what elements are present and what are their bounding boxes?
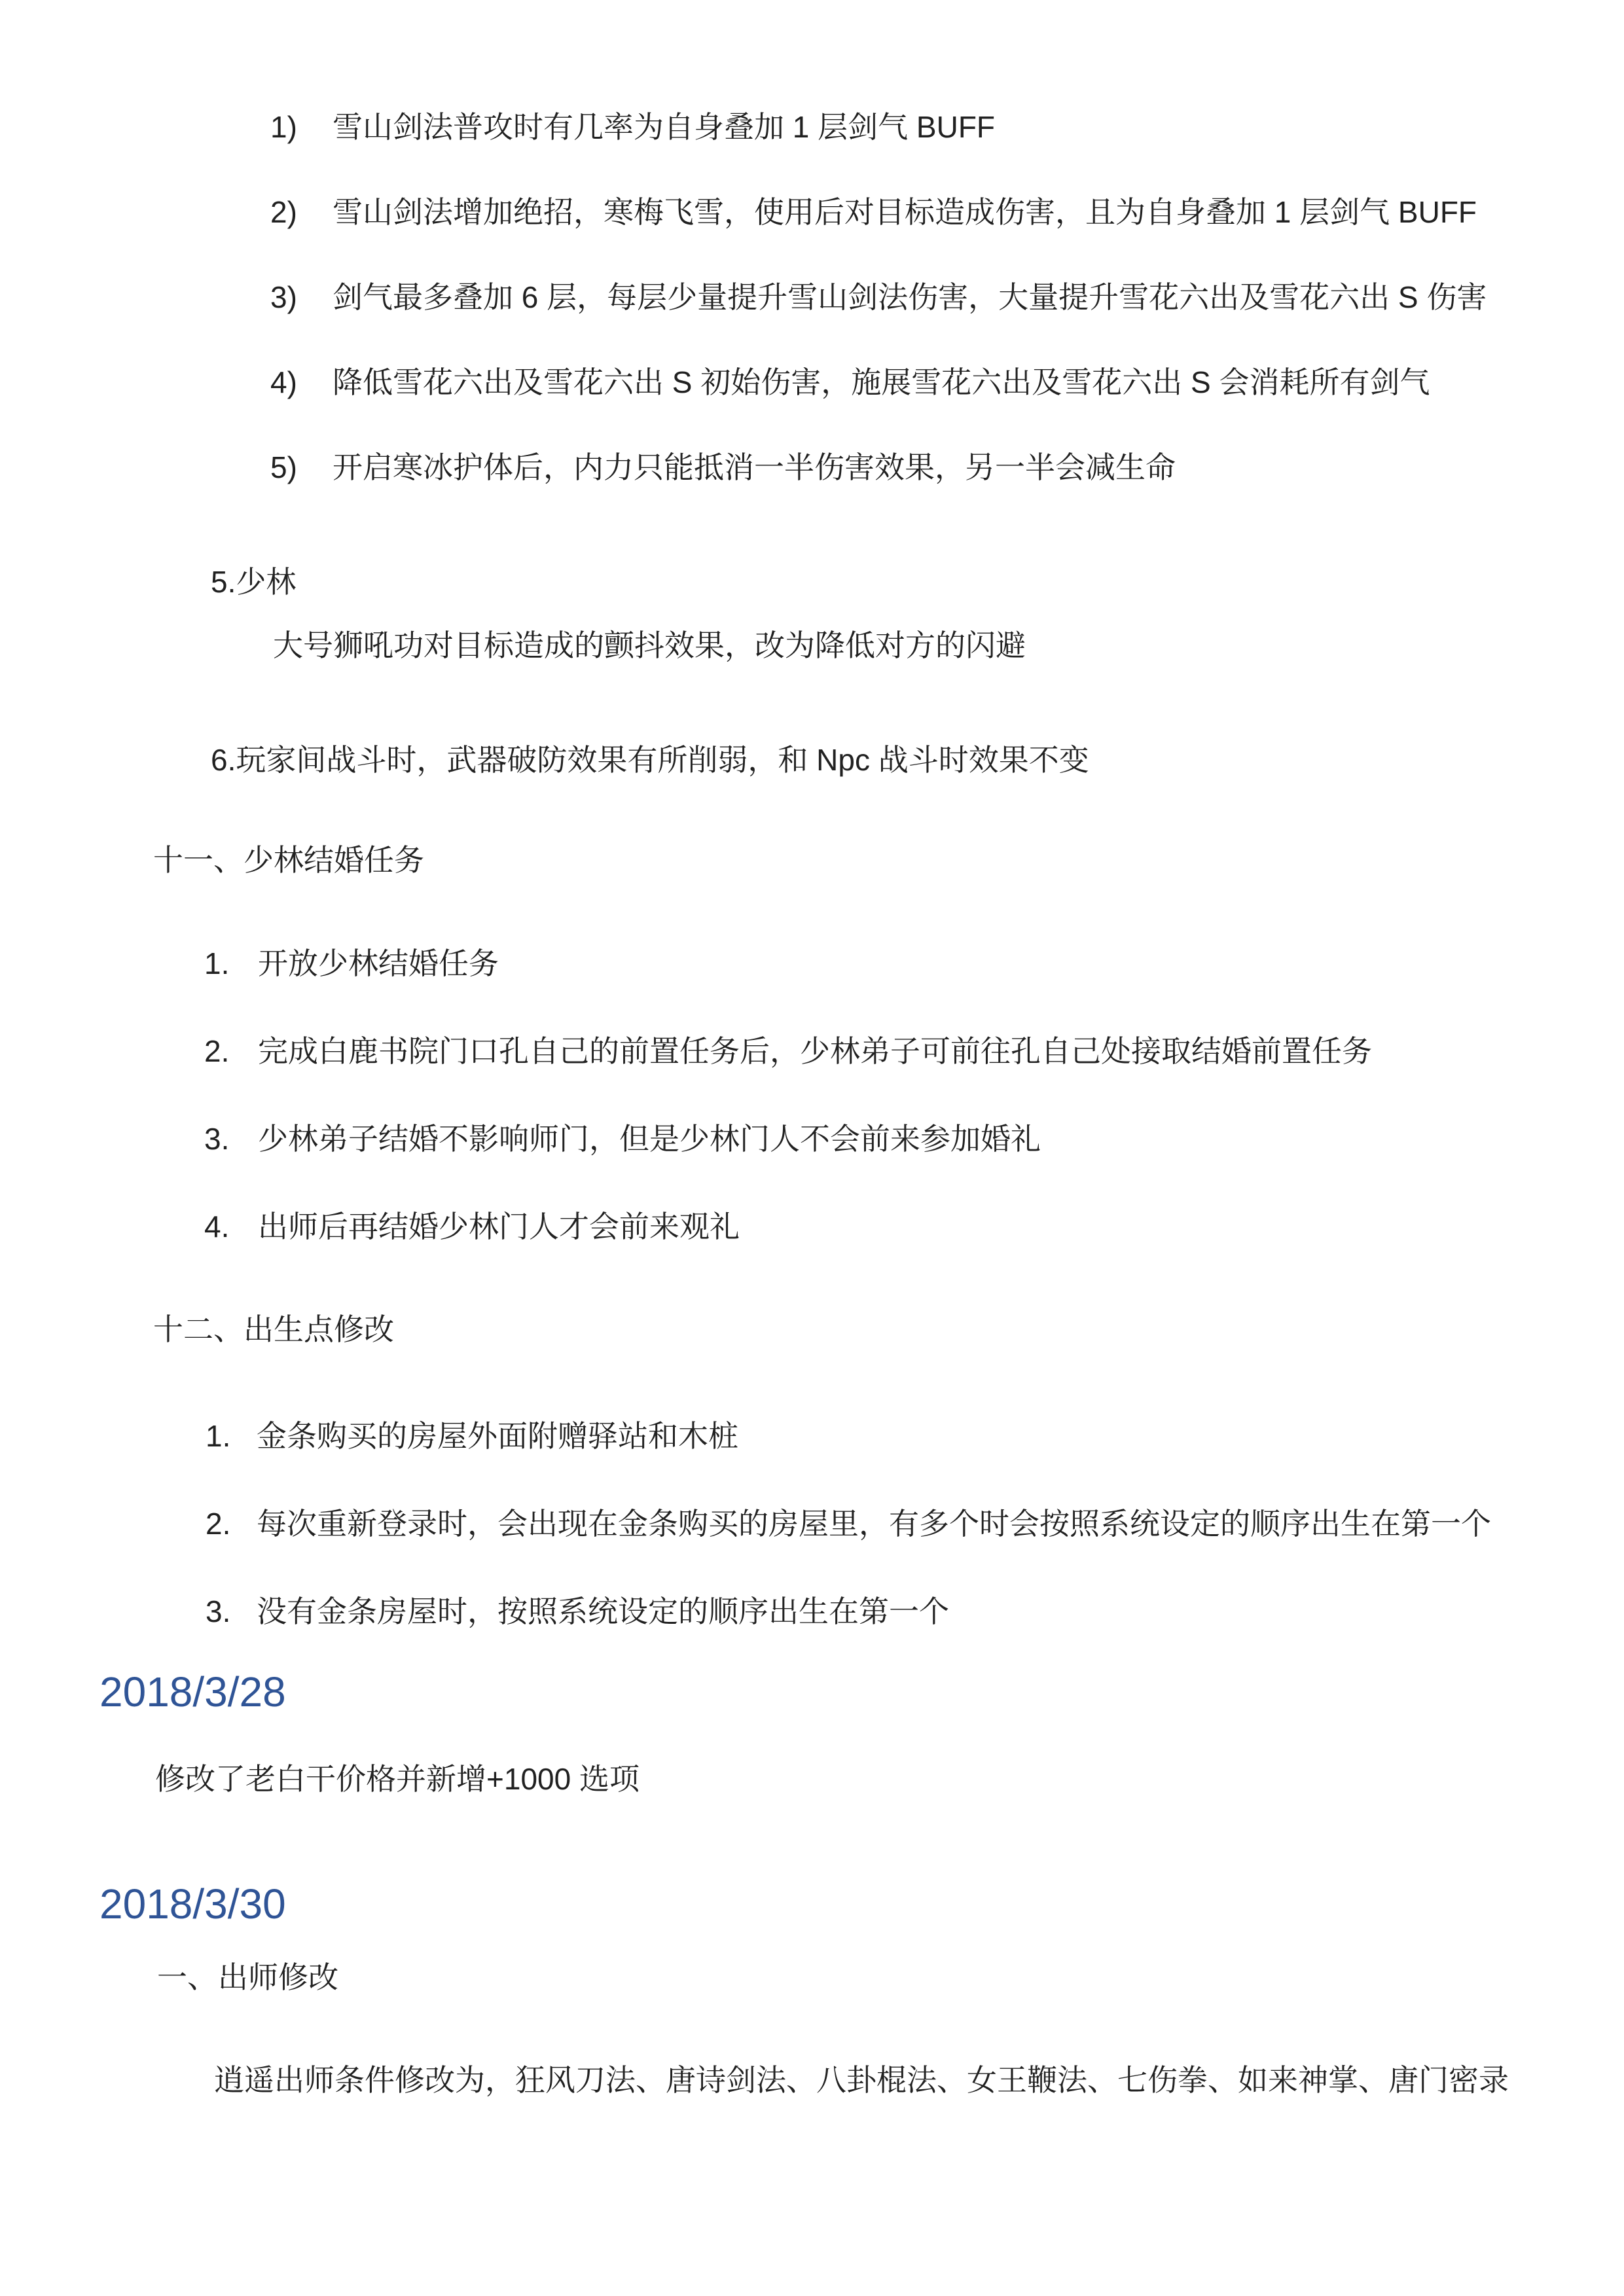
section-heading: 一、出师修改 [157, 1960, 338, 1995]
date-heading: 2018/3/28 [99, 1670, 286, 1714]
list-item-marker: 3. [206, 1594, 257, 1629]
list-item-text: 雪山剑法普攻时有几率为自身叠加 1 层剑气 BUFF [333, 110, 995, 144]
list-item: 5)开启寒冰护体后，内力只能抵消一半伤害效果，另一半会减生命 [270, 450, 1176, 485]
list-item-text: 少林弟子结婚不影响师门，但是少林门人不会前来参加婚礼 [258, 1122, 1041, 1156]
list-item: 3.少林弟子结婚不影响师门，但是少林门人不会前来参加婚礼 [204, 1122, 1041, 1157]
list-item-marker: 1. [206, 1419, 257, 1454]
list-item-marker: 1) [270, 110, 333, 145]
list-item-marker: 2) [270, 195, 333, 230]
section-label: 5.少林 [211, 565, 296, 600]
date-heading: 2018/3/30 [99, 1882, 286, 1926]
list-item-text: 剑气最多叠加 6 层，每层少量提升雪山剑法伤害，大量提升雪花六出及雪花六出 S … [333, 280, 1487, 314]
list-item-text: 完成白鹿书院门口孔自己的前置任务后，少林弟子可前往孔自己处接取结婚前置任务 [258, 1034, 1372, 1068]
section-heading-marker: 一、 [157, 1960, 218, 1995]
list-item-text: 开放少林结婚任务 [258, 946, 499, 980]
list-item-text: 金条购买的房屋外面附赠驿站和木桩 [257, 1419, 738, 1453]
list-item-text: 雪山剑法增加绝招，寒梅飞雪，使用后对目标造成伤害，且为自身叠加 1 层剑气 BU… [333, 195, 1477, 229]
list-item-marker: 3. [204, 1122, 258, 1157]
list-item: 4)降低雪花六出及雪花六出 S 初始伤害，施展雪花六出及雪花六出 S 会消耗所有… [270, 365, 1430, 400]
list-item: 3)剑气最多叠加 6 层，每层少量提升雪山剑法伤害，大量提升雪花六出及雪花六出 … [270, 280, 1487, 315]
section-heading: 十一、少林结婚任务 [153, 843, 424, 878]
list-item-text: 开启寒冰护体后，内力只能抵消一半伤害效果，另一半会减生命 [333, 450, 1176, 484]
list-item-marker: 4. [204, 1210, 258, 1244]
section-heading-text: 出师修改 [218, 1960, 338, 1994]
list-item-marker: 3) [270, 280, 333, 315]
list-item: 2.完成白鹿书院门口孔自己的前置任务后，少林弟子可前往孔自己处接取结婚前置任务 [204, 1034, 1372, 1069]
list-item-marker: 5) [270, 450, 333, 485]
list-item: 1)雪山剑法普攻时有几率为自身叠加 1 层剑气 BUFF [270, 110, 995, 145]
section-heading: 十二、出生点修改 [153, 1312, 394, 1347]
document-page: 1)雪山剑法普攻时有几率为自身叠加 1 层剑气 BUFF 2)雪山剑法增加绝招，… [0, 0, 1624, 2296]
list-item: 2)雪山剑法增加绝招，寒梅飞雪，使用后对目标造成伤害，且为自身叠加 1 层剑气 … [270, 195, 1477, 230]
list-item: 2.每次重新登录时，会出现在金条购买的房屋里，有多个时会按照系统设定的顺序出生在… [206, 1507, 1491, 1541]
list-item-text: 降低雪花六出及雪花六出 S 初始伤害，施展雪花六出及雪花六出 S 会消耗所有剑气 [333, 365, 1430, 399]
list-item: 4.出师后再结婚少林门人才会前来观礼 [204, 1210, 740, 1244]
body-text: 6.玩家间战斗时，武器破防效果有所削弱，和 Npc 战斗时效果不变 [211, 743, 1089, 778]
list-item-text: 没有金条房屋时，按照系统设定的顺序出生在第一个 [257, 1594, 949, 1628]
list-item-marker: 4) [270, 365, 333, 400]
list-item: 1.开放少林结婚任务 [204, 946, 499, 981]
list-item-text: 出师后再结婚少林门人才会前来观礼 [258, 1210, 740, 1244]
list-item-marker: 2. [206, 1507, 257, 1541]
body-text: 修改了老白干价格并新增+1000 选项 [155, 1762, 640, 1797]
list-item: 3.没有金条房屋时，按照系统设定的顺序出生在第一个 [206, 1594, 949, 1629]
list-item-marker: 1. [204, 946, 258, 981]
body-text: 大号狮吼功对目标造成的颤抖效果，改为降低对方的闪避 [273, 628, 1026, 663]
list-item: 1.金条购买的房屋外面附赠驿站和木桩 [206, 1419, 738, 1454]
list-item-marker: 2. [204, 1034, 258, 1069]
list-item-text: 每次重新登录时，会出现在金条购买的房屋里，有多个时会按照系统设定的顺序出生在第一… [257, 1507, 1491, 1541]
body-text: 逍遥出师条件修改为，狂风刀法、唐诗剑法、八卦棍法、女王鞭法、七伤拳、如来神掌、唐… [214, 2063, 1509, 2098]
